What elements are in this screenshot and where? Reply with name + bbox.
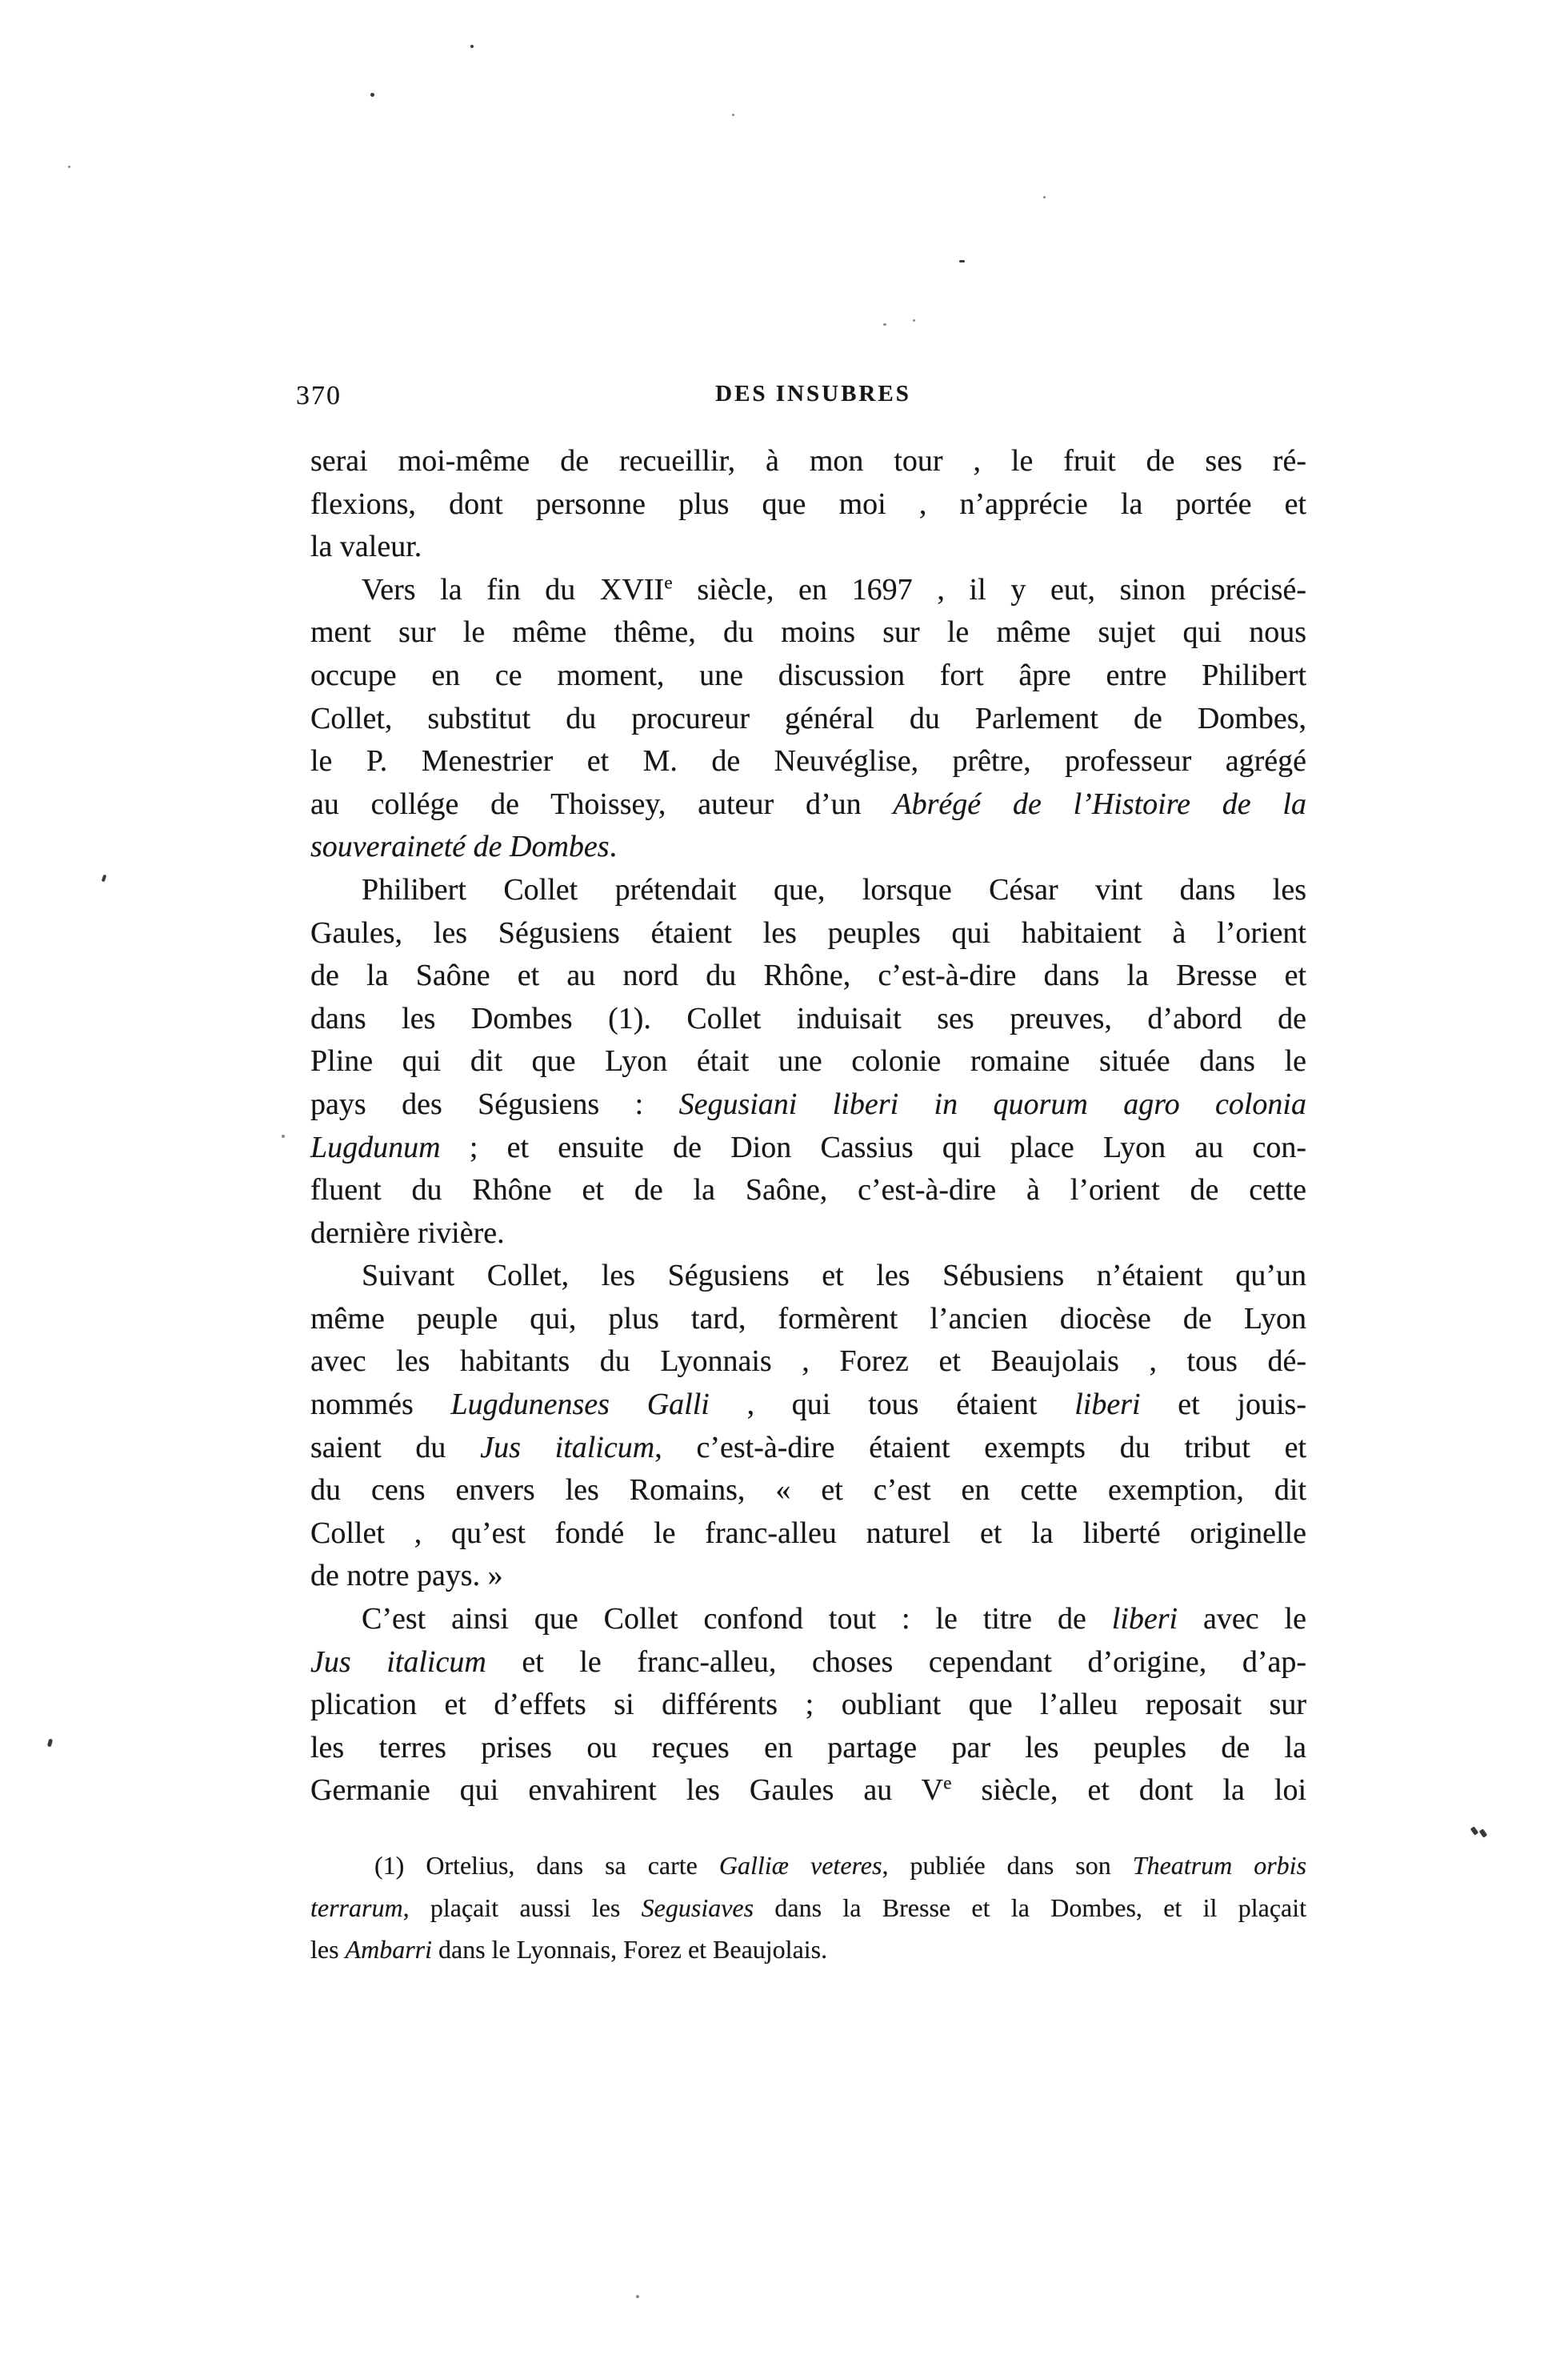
scan-speck [1479,1828,1488,1838]
text-line: Suivant Collet, les Ségusiens et les Séb… [310,1255,1306,1298]
scan-speck [102,875,107,883]
text-column: 370 DES INSUBRES serai moi-même de recue… [310,379,1306,1971]
text-line: le P. Menestrier et M. de Neuvéglise, pr… [310,740,1306,783]
text-line: pays des Ségusiens : Segusiani liberi in… [310,1083,1306,1127]
text-line: les terres prises ou reçues en partage p… [310,1727,1306,1770]
text-line: Gaules, les Ségusiens étaient les peuple… [310,912,1306,955]
text-line: Germanie qui envahirent les Gaules au Ve… [310,1769,1306,1812]
text-line: Vers la fin du XVIIe siècle, en 1697 , i… [310,569,1306,612]
scan-speck [913,319,915,322]
text-line: de la Saône et au nord du Rhône, c’est-à… [310,955,1306,998]
text-line: Lugdunum ; et ensuite de Dion Cassius qu… [310,1127,1306,1170]
text-line: souveraineté de Dombes. [310,826,1306,869]
scan-speck [282,1135,285,1138]
scan-speck [1470,1826,1479,1836]
paragraph: Philibert Collet prétendait que, lorsque… [310,869,1306,1255]
scan-speck [470,45,474,48]
text-line: les Ambarri dans le Lyonnais, Forez et B… [310,1928,1306,1971]
text-line: plication et d’effets si différents ; ou… [310,1684,1306,1727]
text-line: serai moi-même de recueillir, à mon tour… [310,440,1306,483]
text-line: (1) Ortelius, dans sa carte Galliæ veter… [310,1844,1306,1887]
paragraph: C’est ainsi que Collet confond tout : le… [310,1598,1306,1812]
text-line: la valeur. [310,526,1306,569]
scan-speck [370,93,374,97]
text-line: fluent du Rhône et de la Saône, c’est-à-… [310,1169,1306,1212]
text-line: Collet, substitut du procureur général d… [310,698,1306,741]
scan-speck [1043,196,1046,198]
body-text: serai moi-même de recueillir, à mon tour… [310,440,1306,1812]
text-line: ment sur le même thême, du moins sur le … [310,611,1306,655]
paragraph: serai moi-même de recueillir, à mon tour… [310,440,1306,569]
text-line: saient du Jus italicum, c’est-à-dire éta… [310,1427,1306,1470]
text-line: dans les Dombes (1). Collet induisait se… [310,998,1306,1041]
text-line: dernière rivière. [310,1212,1306,1256]
text-line: C’est ainsi que Collet confond tout : le… [310,1598,1306,1641]
paragraph: Vers la fin du XVIIe siècle, en 1697 , i… [310,569,1306,869]
scan-speck [732,114,734,116]
scan-speck [47,1739,53,1748]
text-line: terrarum, plaçait aussi les Segusiaves d… [310,1887,1306,1929]
scan-speck [883,323,886,326]
text-line: avec les habitants du Lyonnais , Forez e… [310,1340,1306,1384]
text-line: de notre pays. » [310,1555,1306,1598]
text-line: Pline qui dit que Lyon était une colonie… [310,1040,1306,1083]
text-line: Jus italicum et le franc-alleu, choses c… [310,1641,1306,1684]
running-head: 370 DES INSUBRES [310,379,1306,416]
footnote-text: (1) Ortelius, dans sa carte Galliæ veter… [310,1844,1306,1971]
text-line: occupe en ce moment, une discussion fort… [310,655,1306,698]
text-line: Philibert Collet prétendait que, lorsque… [310,869,1306,912]
running-title: DES INSUBRES [315,381,1311,407]
text-line: même peuple qui, plus tard, formèrent l’… [310,1298,1306,1341]
text-line: du cens envers les Romains, « et c’est e… [310,1469,1306,1512]
scan-speck [636,2295,639,2298]
text-line: Collet , qu’est fondé le franc-alleu nat… [310,1512,1306,1556]
text-line: au collége de Thoissey, auteur d’un Abré… [310,783,1306,827]
text-line: flexions, dont personne plus que moi , n… [310,483,1306,527]
paragraph: Suivant Collet, les Ségusiens et les Séb… [310,1255,1306,1598]
scan-speck [68,166,70,168]
scanned-book-page: 370 DES INSUBRES serai moi-même de recue… [0,0,1568,2375]
text-line: nommés Lugdunenses Galli , qui tous étai… [310,1384,1306,1427]
scan-speck [959,260,965,262]
